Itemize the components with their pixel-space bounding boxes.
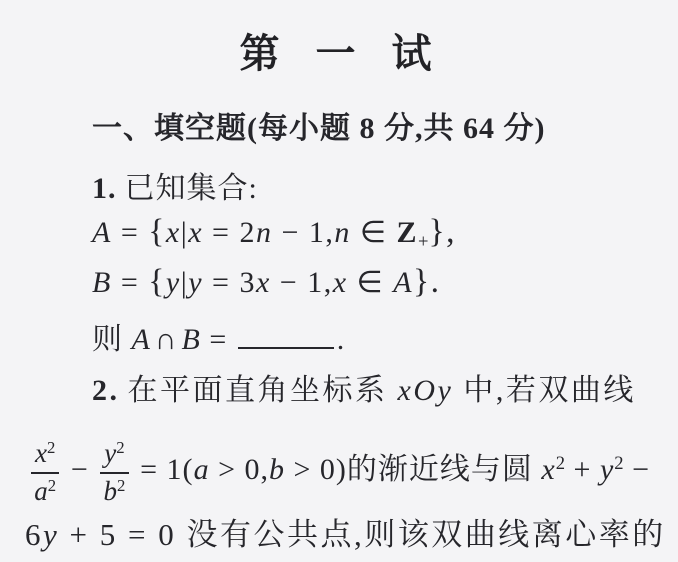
problem-2-intro-text-post: 中,若双曲线 [453, 374, 636, 407]
math-var-O: O [413, 374, 437, 407]
problem-2-number: 2. [92, 374, 120, 407]
problem-1-intro: 1.已知集合: [92, 163, 258, 207]
math-var-x: x [541, 453, 555, 486]
hyperbola-equation-line: x2a2 − y2b2 = 1(a > 0,b > 0)的渐近线与圆 x2 + … [28, 424, 650, 504]
math-var-A: A [393, 266, 413, 299]
math-set-Z: Z [397, 216, 419, 249]
math-var-a: a [34, 476, 48, 506]
math-plus-5-eq-0: + 5 = 0 [59, 517, 186, 552]
answer-blank [238, 316, 334, 349]
math-equals: = [201, 323, 236, 356]
math-var-B: B [92, 266, 112, 299]
math-var-A: A [92, 216, 112, 249]
fraction-y2-b2: y2b2 [100, 438, 128, 508]
problem-2-intro-text: 在平面直角坐标系 [128, 374, 398, 407]
page-title: 第 一 试 [0, 22, 678, 79]
math-intersection: ∩ [155, 323, 178, 356]
set-b-definition: B = {y|y = 3x − 1,x ∈ A}. [92, 263, 441, 301]
math-minus-1: − 1, [272, 216, 334, 249]
fraction-denominator: b2 [100, 474, 128, 507]
asymptote-circle-text: 的渐近线与圆 [347, 453, 542, 486]
math-superscript: 2 [48, 476, 56, 495]
math-var-x: x [188, 216, 203, 249]
problem-1-intro-text: 已知集合: [125, 172, 258, 205]
no-common-point-text: 没有公共点,则该双曲线离心率的 [186, 517, 665, 552]
math-superscript: 2 [556, 453, 565, 474]
math-var-n: n [334, 216, 351, 249]
math-gt-0-close: > 0) [285, 453, 347, 486]
math-var-y: y [600, 453, 614, 486]
math-var-a: a [194, 453, 210, 486]
math-var-x: x [398, 374, 414, 407]
math-var-x: x [256, 266, 271, 299]
problem-2-intro: 2.在平面直角坐标系 xOy 中,若双曲线 [92, 365, 636, 409]
math-equals: = [112, 266, 148, 299]
math-close-brace: }. [413, 263, 441, 300]
math-superscript: 2 [117, 476, 125, 495]
math-equals: = [112, 216, 148, 249]
set-a-definition: A = {x|x = 2n − 1,n ∈ Z+}, [92, 213, 456, 254]
math-open-brace: { [148, 213, 166, 250]
then-text: 则 [92, 323, 132, 356]
math-var-b: b [104, 476, 118, 506]
math-trailing-minus: − [624, 453, 650, 486]
math-superscript: 2 [47, 438, 55, 457]
math-superscript: 2 [614, 453, 623, 474]
fraction-numerator: x2 [31, 438, 59, 474]
math-superscript: 2 [116, 438, 124, 457]
math-minus-1: − 1, [271, 266, 333, 299]
math-element-of: ∈ [348, 266, 394, 299]
section-heading: 一、填空题(每小题 8 分,共 64 分) [92, 103, 545, 147]
math-var-B: B [182, 323, 201, 356]
document-page: 第 一 试 一、填空题(每小题 8 分,共 64 分) 1.已知集合: A = … [0, 0, 678, 562]
math-var-y: y [188, 266, 203, 299]
period: . [337, 323, 346, 356]
math-var-x: x [333, 266, 348, 299]
math-close-brace: }, [429, 213, 457, 250]
math-plus: + [565, 453, 600, 486]
math-equals-2: = 2 [203, 216, 256, 249]
fraction-numerator: y2 [100, 438, 128, 474]
math-var-b: b [269, 453, 285, 486]
math-equals-3: = 3 [203, 266, 256, 299]
problem-2-continuation: 6y + 5 = 0 没有公共点,则该双曲线离心率的 [25, 509, 666, 554]
math-open-brace: { [148, 263, 166, 300]
fraction-x2-a2: x2a2 [31, 438, 59, 508]
problem-1-conclusion: 则 A∩B = . [92, 314, 345, 358]
math-minus: − [62, 453, 97, 486]
math-element-of: ∈ [351, 216, 397, 249]
math-coefficient-6: 6 [25, 517, 43, 552]
fraction-denominator: a2 [31, 474, 59, 507]
math-var-y: y [104, 438, 116, 468]
math-var-x: x [35, 438, 47, 468]
math-var-y: y [438, 374, 454, 407]
math-subscript-plus: + [418, 232, 429, 253]
math-var-x: x [166, 216, 181, 249]
problem-1-number: 1. [92, 172, 117, 205]
math-var-y: y [166, 266, 181, 299]
math-equals-1: = 1( [132, 453, 194, 486]
math-gt-0: > 0, [210, 453, 269, 486]
math-var-A: A [132, 323, 151, 356]
math-var-n: n [256, 216, 273, 249]
math-var-y: y [43, 517, 59, 552]
